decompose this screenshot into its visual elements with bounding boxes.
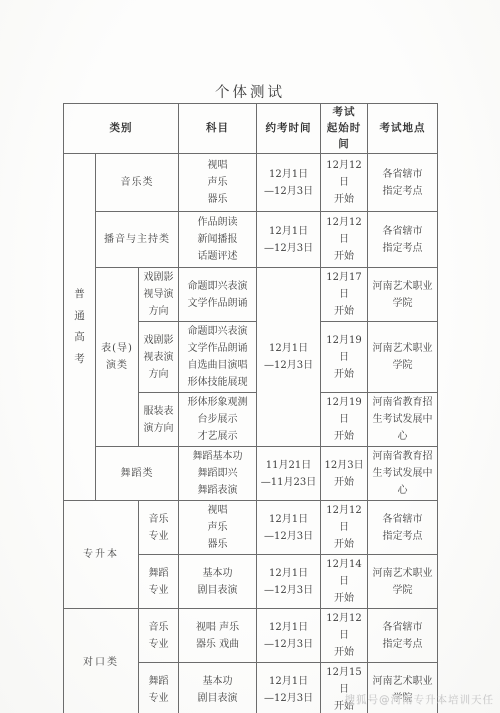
start-cell: 12月17日 开始 (321, 268, 368, 322)
appointment-cell: 12月1日 —12月3日 (257, 501, 321, 555)
table-header-row: 类别 科目 约考时间 考试 起始时间 考试地点 (64, 104, 438, 154)
table-row: 普通高考 音乐类 视唱 声乐 器乐 12月1日 —12月3日 12月12日 开始… (64, 154, 438, 212)
location-cell: 各省辖市 指定考点 (368, 212, 438, 268)
category-cell: 舞蹈 专业 (139, 663, 179, 713)
subjects-cell: 舞蹈基本功 舞蹈即兴 舞蹈表演 (179, 447, 257, 501)
category-cell: 播音与主持类 (96, 212, 179, 268)
appointment-cell: 11月21日 —11月23日 (257, 447, 321, 501)
category-cell: 音乐 专业 (139, 501, 179, 555)
header-appointment-time: 约考时间 (257, 104, 321, 154)
direction-cell: 戏剧影 视导演 方向 (139, 268, 179, 322)
subjects-cell: 命题即兴表演 文学作品朗诵 自选曲目演唱 形体技能展现 (179, 322, 257, 393)
start-cell: 12月3日 开始 (321, 447, 368, 501)
start-cell: 12月12日 开始 (321, 212, 368, 268)
direction-cell: 服装表 演方向 (139, 393, 179, 447)
header-location: 考试地点 (368, 104, 438, 154)
table-row: 播音与主持类 作品朗读 新闻播报 话题评述 12月1日 —12月3日 12月12… (64, 212, 438, 268)
section-label-text: 普通高考 (74, 284, 85, 370)
appointment-cell: 12月1日 —12月3日 (257, 268, 321, 447)
table-row: 对口类 音乐 专业 视唱 声乐 器乐 戏曲 12月1日 —12月3日 12月12… (64, 609, 438, 663)
location-cell: 河南省教育招 生考试发展中 心 (368, 447, 438, 501)
watermark: 搜狐号@河南专升本培训天任 (345, 692, 495, 707)
individual-test-schedule-table: 类别 科目 约考时间 考试 起始时间 考试地点 普通高考 音乐类 视唱 声乐 器… (63, 103, 438, 713)
location-cell: 河南艺术职业 学院 (368, 268, 438, 322)
start-cell: 12月12日 开始 (321, 154, 368, 212)
subjects-cell: 视唱 声乐 器乐 (179, 501, 257, 555)
direction-cell: 戏剧影 视表演 方向 (139, 322, 179, 393)
table-row: 专升本 音乐 专业 视唱 声乐 器乐 12月1日 —12月3日 12月12日 开… (64, 501, 438, 555)
subjects-cell: 视唱 声乐 器乐 戏曲 (179, 609, 257, 663)
appointment-cell: 12月1日 —12月3日 (257, 212, 321, 268)
location-cell: 河南省教育招 生考试发展中 心 (368, 393, 438, 447)
start-cell: 12月19日 开始 (321, 322, 368, 393)
section-label-duikoulei: 对口类 (64, 609, 139, 713)
location-cell: 各省辖市 指定考点 (368, 501, 438, 555)
table-row: 表(导) 演类 戏剧影 视导演 方向 命题即兴表演 文学作品朗诵 12月1日 —… (64, 268, 438, 322)
table-row: 舞蹈类 舞蹈基本功 舞蹈即兴 舞蹈表演 11月21日 —11月23日 12月3日… (64, 447, 438, 501)
category-cell: 表(导) 演类 (96, 268, 139, 447)
page-title: 个体测试 (0, 81, 500, 102)
start-cell: 12月12日 开始 (321, 609, 368, 663)
subjects-cell: 基本功 剧目表演 (179, 663, 257, 713)
category-cell: 舞蹈类 (96, 447, 179, 501)
subjects-cell: 命题即兴表演 文学作品朗诵 (179, 268, 257, 322)
start-cell: 12月12日 开始 (321, 501, 368, 555)
category-cell: 音乐类 (96, 154, 179, 212)
appointment-cell: 12月1日 —12月3日 (257, 663, 321, 713)
header-subject: 科目 (179, 104, 257, 154)
category-cell: 舞蹈 专业 (139, 555, 179, 609)
subjects-cell: 作品朗读 新闻播报 话题评述 (179, 212, 257, 268)
header-start-time: 考试 起始时间 (321, 104, 368, 154)
subjects-cell: 视唱 声乐 器乐 (179, 154, 257, 212)
location-cell: 各省辖市 指定考点 (368, 609, 438, 663)
location-cell: 河南艺术职业 学院 (368, 322, 438, 393)
appointment-cell: 12月1日 —12月3日 (257, 555, 321, 609)
start-cell: 12月14日 开始 (321, 555, 368, 609)
category-cell: 音乐 专业 (139, 609, 179, 663)
appointment-cell: 12月1日 —12月3日 (257, 609, 321, 663)
section-label-zhuanshengben: 专升本 (64, 501, 139, 609)
location-cell: 各省辖市 指定考点 (368, 154, 438, 212)
subjects-cell: 形体形象观测 台步展示 才艺展示 (179, 393, 257, 447)
appointment-cell: 12月1日 —12月3日 (257, 154, 321, 212)
section-label-regular-gaokao: 普通高考 (64, 154, 96, 501)
subjects-cell: 基本功 剧目表演 (179, 555, 257, 609)
header-category: 类别 (64, 104, 179, 154)
location-cell: 河南艺术职业 学院 (368, 555, 438, 609)
start-cell: 12月19日 开始 (321, 393, 368, 447)
